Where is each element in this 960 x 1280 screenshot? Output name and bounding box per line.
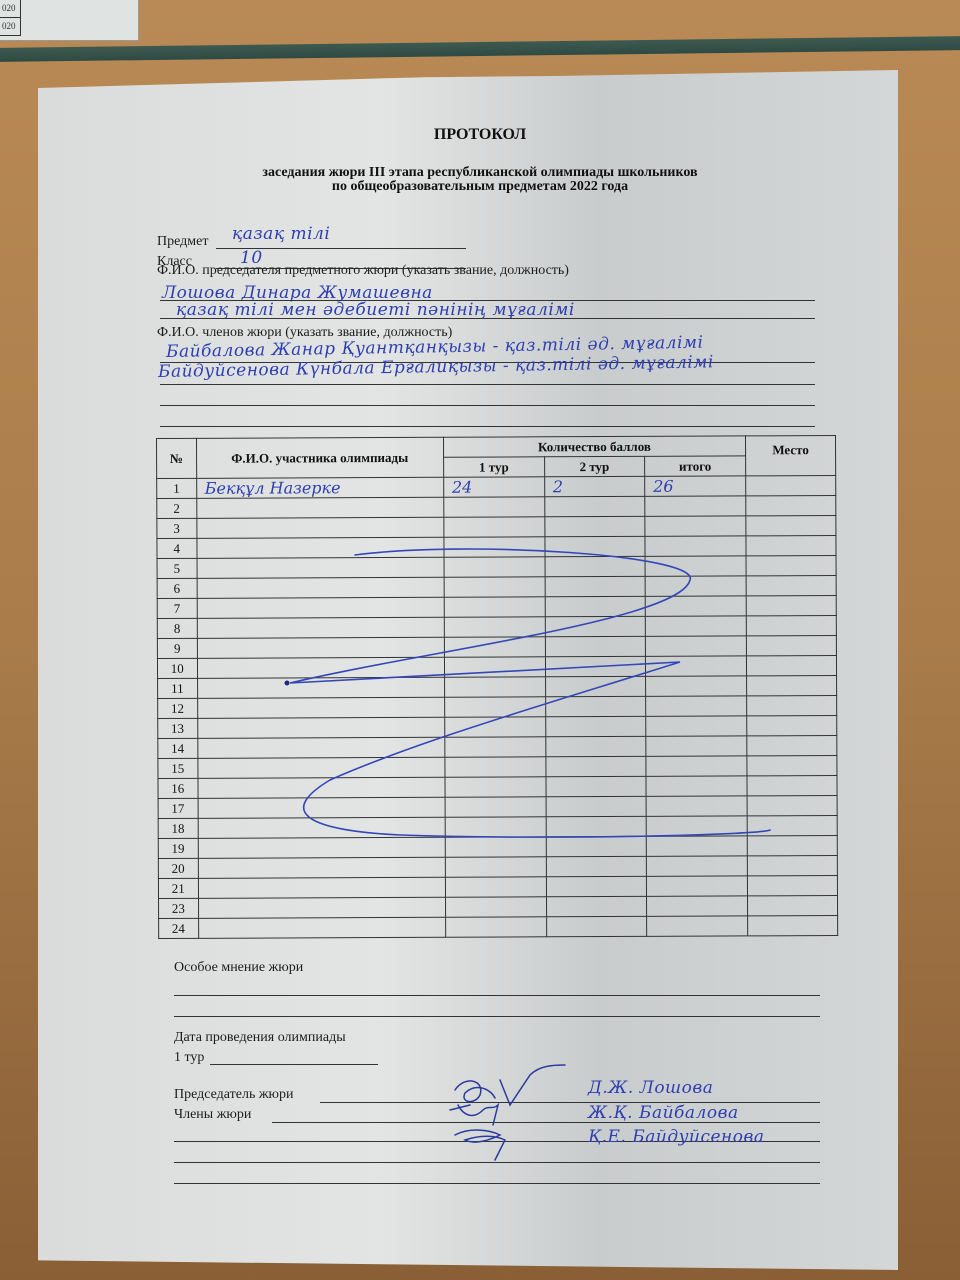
row-number: 11: [158, 678, 198, 698]
row-number: 15: [158, 758, 198, 778]
chair-signature-name: Д.Ж. Лошова: [588, 1078, 713, 1098]
place-cell: [747, 736, 837, 756]
total-score: [645, 576, 746, 596]
total-score: [645, 656, 746, 676]
participant-name: [196, 497, 443, 518]
round1-score: [444, 617, 545, 637]
participant-name: [197, 717, 444, 738]
place-cell: [747, 696, 837, 716]
participant-name: [197, 577, 444, 598]
round2-score: [546, 876, 646, 896]
round1-score: 24: [443, 477, 544, 497]
chair-label: Ф.И.О. председателя предметного жюри (ук…: [157, 263, 569, 279]
place-cell: [746, 496, 836, 516]
round1-score: [445, 897, 546, 917]
participant-name: [197, 697, 444, 718]
corner-stamp: 020 020: [0, 0, 21, 36]
col-place: Место: [746, 436, 836, 476]
opinion-label: Особое мнение жюри: [174, 960, 303, 976]
total-score: [647, 916, 748, 936]
table-row: 24: [159, 916, 838, 939]
round2-score: [545, 636, 645, 656]
total-score: [646, 756, 747, 776]
members-sign-line-3: [174, 1162, 820, 1163]
col-round1: 1 тур: [443, 457, 544, 477]
opinion-line-2: [174, 1016, 820, 1017]
member1-signature-name: Ж.Қ. Байбалова: [588, 1103, 739, 1123]
total-score: [646, 816, 747, 836]
round2-score: [546, 836, 646, 856]
members-sign-label: Члены жюри: [174, 1107, 251, 1123]
row-number: 6: [157, 578, 197, 598]
round1-score: [444, 517, 545, 537]
place-cell: [747, 876, 837, 896]
total-score: [646, 796, 747, 816]
round1-score: [444, 597, 545, 617]
row-number: 3: [157, 518, 197, 538]
total-score: [645, 556, 746, 576]
subject-label: Предмет: [157, 234, 208, 250]
round1-score: [445, 797, 546, 817]
row-number: 17: [158, 798, 198, 818]
date-round1-label: 1 тур: [174, 1050, 204, 1066]
participant-name: [197, 757, 444, 778]
members-sign-line-4: [174, 1183, 820, 1184]
total-score: [646, 876, 747, 896]
place-cell: [746, 556, 836, 576]
round2-score: [545, 536, 645, 556]
place-cell: [747, 856, 837, 876]
round2-score: [546, 916, 646, 936]
member2-signature-name: Қ.Е. Байдуйсенова: [588, 1127, 764, 1147]
chair-sign-line: [320, 1102, 820, 1103]
round2-score: [544, 496, 644, 516]
round2-score: [545, 676, 645, 696]
col-round2: 2 тур: [544, 456, 644, 476]
total-score: [645, 636, 746, 656]
participant-name: [197, 557, 444, 578]
place-cell: [746, 596, 836, 616]
round1-score: [445, 917, 546, 937]
round1-score: [445, 817, 546, 837]
round2-score: [545, 736, 645, 756]
participant-name: [197, 657, 444, 678]
round1-score: [444, 557, 545, 577]
chair-line-2: [160, 318, 815, 319]
total-score: [645, 596, 746, 616]
place-cell: [747, 836, 837, 856]
round1-score: [444, 717, 545, 737]
place-cell: [746, 536, 836, 556]
round2-score: [546, 816, 646, 836]
row-number: 1: [157, 478, 197, 498]
members-line-2: [160, 384, 815, 385]
round2-score: [545, 696, 645, 716]
place-cell: [746, 616, 836, 636]
participant-name: [198, 797, 445, 818]
round1-score: [445, 877, 546, 897]
row-number: 10: [157, 658, 197, 678]
place-cell: [747, 776, 837, 796]
members-line-3: [160, 405, 815, 406]
round1-score: [444, 657, 545, 677]
row-number: 2: [157, 498, 197, 518]
round2-score: [546, 856, 646, 876]
participant-name: Бекқұл Назерке: [196, 477, 443, 498]
round2-score: [546, 776, 646, 796]
row-number: 7: [157, 598, 197, 618]
participant-name: [198, 777, 445, 798]
participant-name: [198, 817, 445, 838]
col-name: Ф.И.О. участника олимпиады: [196, 437, 443, 478]
opinion-line-1: [174, 995, 820, 996]
place-cell: [748, 896, 838, 916]
place-cell: [746, 576, 836, 596]
chair-sign-label: Председатель жюри: [174, 1087, 293, 1103]
round2-score: [545, 616, 645, 636]
round1-score: [445, 777, 546, 797]
participant-name: [198, 837, 445, 858]
round2-score: [546, 796, 646, 816]
chair-position: қазақ тілі мен әдебиеті пәнінің мұғалімі: [176, 300, 575, 320]
place-cell: [747, 816, 837, 836]
total-score: [646, 856, 747, 876]
round2-score: [545, 576, 645, 596]
place-cell: [747, 756, 837, 776]
round2-score: 2: [544, 476, 644, 496]
participant-name: [198, 857, 445, 878]
round1-score: [444, 677, 545, 697]
total-score: [645, 516, 746, 536]
place-cell: [746, 636, 836, 656]
date-label: Дата проведения олимпиады: [174, 1030, 346, 1046]
row-number: 12: [158, 698, 198, 718]
total-score: [646, 736, 747, 756]
round1-score: [444, 577, 545, 597]
row-number: 4: [157, 538, 197, 558]
total-score: [646, 896, 747, 916]
round2-score: [545, 656, 645, 676]
place-cell: [747, 716, 837, 736]
total-score: [645, 536, 746, 556]
col-points-group: Количество баллов: [443, 436, 745, 457]
round2-score: [545, 716, 645, 736]
participant-name: [197, 637, 444, 658]
place-cell: [747, 796, 837, 816]
date-round1-line: [210, 1064, 378, 1065]
row-number: 14: [158, 738, 198, 758]
round1-score: [445, 837, 546, 857]
place-cell: [746, 516, 836, 536]
participant-name: [198, 877, 445, 898]
participant-name: [196, 517, 443, 538]
row-number: 8: [157, 618, 197, 638]
participant-name: [197, 597, 444, 618]
place-cell: [746, 476, 836, 496]
total-score: [646, 696, 747, 716]
participant-name: [196, 537, 443, 558]
round1-score: [444, 637, 545, 657]
row-number: 20: [158, 858, 198, 878]
place-cell: [746, 656, 836, 676]
participant-name: [197, 737, 444, 758]
round1-score: [444, 697, 545, 717]
col-num: №: [157, 438, 197, 478]
round2-score: [545, 756, 645, 776]
round2-score: [546, 896, 646, 916]
round2-score: [545, 596, 645, 616]
row-number: 21: [158, 878, 198, 898]
total-score: [646, 676, 747, 696]
round1-score: [445, 857, 546, 877]
col-total: итого: [645, 456, 746, 476]
total-score: [646, 716, 747, 736]
round1-score: [445, 737, 546, 757]
document-subtitle-2: по общеобразовательным предметам 2022 го…: [0, 179, 960, 195]
place-cell: [748, 916, 838, 936]
round2-score: [545, 556, 645, 576]
round1-score: [444, 497, 545, 517]
total-score: [646, 836, 747, 856]
participant-name: [197, 677, 444, 698]
participant-name: [198, 897, 445, 918]
row-number: 18: [158, 818, 198, 838]
desk-rail: [0, 36, 960, 62]
total-score: [646, 776, 747, 796]
members-line-4: [160, 426, 815, 427]
total-score: 26: [645, 476, 746, 496]
round2-score: [544, 516, 644, 536]
participant-name: [197, 617, 444, 638]
row-number: 5: [157, 558, 197, 578]
total-score: [645, 616, 746, 636]
participants-table: № Ф.И.О. участника олимпиады Количество …: [156, 435, 838, 939]
row-number: 19: [158, 838, 198, 858]
subject-value: қазақ тілі: [232, 224, 330, 244]
row-number: 13: [158, 718, 198, 738]
row-number: 23: [159, 898, 199, 918]
background-paper-corner: 020 020: [0, 0, 139, 41]
row-number: 9: [157, 638, 197, 658]
row-number: 24: [159, 918, 199, 938]
place-cell: [747, 676, 837, 696]
participant-name: [198, 917, 445, 938]
row-number: 16: [158, 778, 198, 798]
document-title: ПРОТОКОЛ: [0, 126, 960, 144]
round1-score: [444, 537, 545, 557]
total-score: [645, 496, 746, 516]
round1-score: [445, 757, 546, 777]
